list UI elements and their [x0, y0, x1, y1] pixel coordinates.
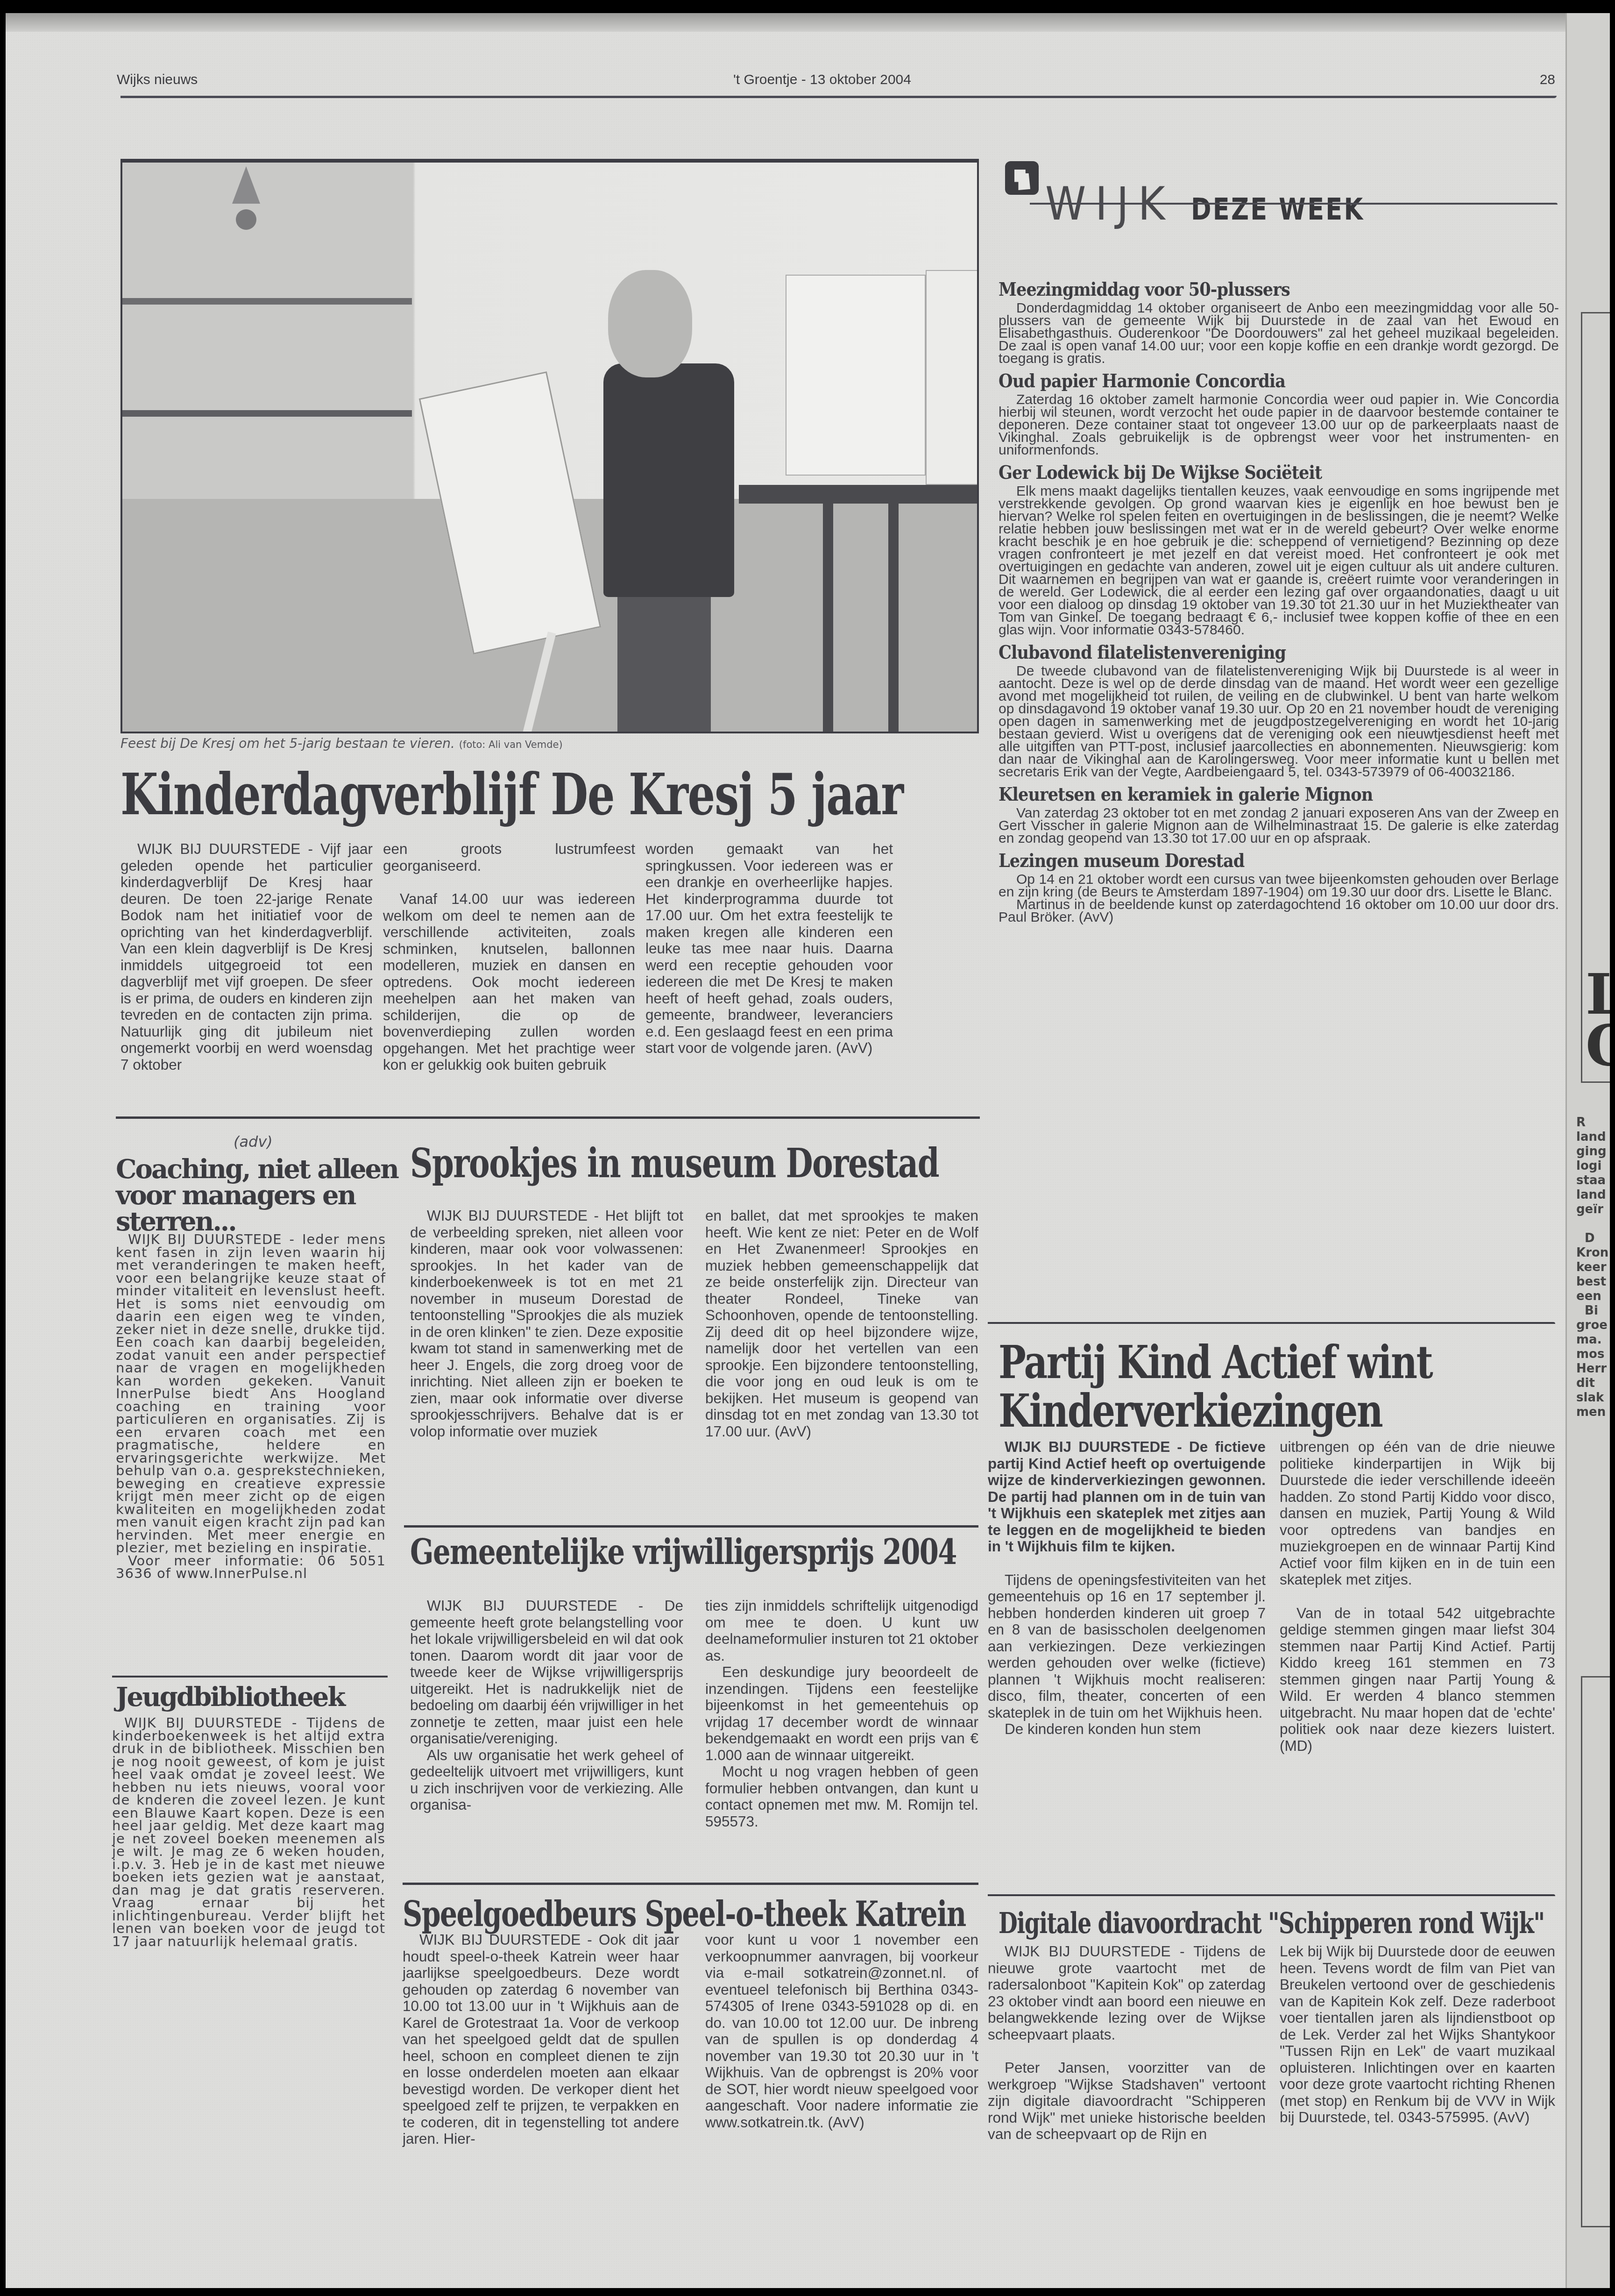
paragraph: ties zijn inmiddels schriftelijk uitgeno…: [705, 1598, 978, 1664]
item-headline: Clubavond filatelistenvereniging: [999, 642, 1503, 663]
article-divider: [403, 1883, 978, 1885]
child-figure-body: [603, 363, 734, 597]
adjacent-headline-letter: O: [1586, 1013, 1610, 1079]
contact-info: Voor meer informatie: 06 5051 3636 of ww…: [116, 1555, 386, 1580]
adjacent-page-box: [1581, 1676, 1610, 2227]
clown-face-icon: [236, 209, 256, 230]
paragraph: Mocht u nog vragen hebben of geen formul…: [705, 1763, 978, 1830]
article-divider: [112, 1676, 388, 1678]
publication-date: 't Groentje - 13 oktober 2004: [733, 72, 911, 88]
kresj-column-1: WIJK BIJ DUURSTEDE - Vijf jaar geleden o…: [120, 841, 373, 1073]
deze-week-item: Clubavond filatelistenvereniging De twee…: [999, 642, 1559, 778]
lead-paragraph: WIJK BIJ DUURSTEDE - De fictieve partij …: [988, 1439, 1266, 1555]
item-body: Elk mens maakt dagelijks tientallen keuz…: [999, 485, 1559, 636]
wall-stripe: [122, 298, 412, 305]
paragraph: een groots lustrumfeest georganiseerd.: [383, 841, 635, 874]
header-rule: [120, 96, 1557, 98]
table: [739, 485, 979, 504]
wall-stripe: [122, 410, 412, 417]
paragraph: voor kunt u voor 1 november een verkoopn…: [705, 1932, 978, 2131]
headline-line: Partij Kind Actief wint: [999, 1338, 1432, 1387]
deze-week-column: Meezingmiddag voor 50-plussers Donderdag…: [999, 273, 1559, 924]
page-fold-shadow: [6, 13, 1565, 32]
paragraph: WIJK BIJ DUURSTEDE - Tijdens de kinderbo…: [112, 1717, 385, 1948]
kresj-column-3: worden gemaakt van het springkussen. Voo…: [645, 841, 893, 1057]
newspaper-icon: [1005, 161, 1039, 195]
schipperen-column-2: Lek bij Wijk bij Duurstede door de eeuwe…: [1280, 1943, 1555, 2126]
item-body: Van zaterdag 23 oktober tot en met zonda…: [999, 807, 1559, 845]
column-title-deze-week: DEZE WEEK: [1191, 192, 1364, 227]
paragraph: Vanaf 14.00 uur was iedereen welkom om d…: [383, 891, 635, 1073]
headline-jeugdbibliotheek: Jeugdbibliotheek: [116, 1682, 344, 1713]
adjacent-page-edge: L O R land ging logi staa land geïr D Kr…: [1565, 13, 1610, 2288]
photo-credit: (foto: Ali van Vemde): [459, 739, 563, 750]
paragraph: en ballet, dat met sprookjes te maken he…: [705, 1208, 978, 1440]
paragraph: worden gemaakt van het springkussen. Voo…: [645, 841, 893, 1057]
photo-caption: Feest bij De Kresj om het 5-jarig bestaa…: [120, 736, 563, 751]
paragraph: WIJK BIJ DUURSTEDE - Tijdens de nieuwe g…: [988, 1943, 1266, 2043]
paragraph: Peter Jansen, voorzitter van de werkgroe…: [988, 2060, 1266, 2143]
adjacent-text-fragment: R land ging logi staa land geïr D Kron k…: [1576, 1116, 1608, 1420]
caption-text: Feest bij De Kresj om het 5-jarig bestaa…: [120, 736, 455, 751]
deze-week-item: Oud papier Harmonie Concordia Zaterdag 1…: [999, 370, 1559, 456]
column-title-rule: [1030, 203, 1558, 205]
partij-column-1: WIJK BIJ DUURSTEDE - De fictieve partij …: [988, 1439, 1266, 1738]
paragraph: WIJK BIJ DUURSTEDE - Ieder mens kent fas…: [116, 1233, 386, 1555]
paragraph: Lek bij Wijk bij Duurstede door de eeuwe…: [1280, 1943, 1555, 2126]
jeugdbibliotheek-body: WIJK BIJ DUURSTEDE - Tijdens de kinderbo…: [112, 1717, 385, 1948]
item-headline: Lezingen museum Dorestad: [999, 850, 1503, 872]
paragraph: WIJK BIJ DUURSTEDE - De gemeente heeft g…: [410, 1598, 683, 1747]
schipperen-column-1: WIJK BIJ DUURSTEDE - Tijdens de nieuwe g…: [988, 1943, 1266, 2143]
paragraph: WIJK BIJ DUURSTEDE - Het blijft tot de v…: [410, 1208, 683, 1440]
partij-column-2: uitbrengen op één van de drie nieuwe pol…: [1280, 1439, 1555, 1754]
page-number: 28: [1540, 72, 1555, 88]
headline-speelgoedbeurs: Speelgoedbeurs Speel-o-theek Katrein: [403, 1894, 966, 1934]
item-body: Donderdagmiddag 14 oktober organiseert d…: [999, 302, 1559, 365]
paragraph: WIJK BIJ DUURSTEDE - Ook dit jaar houdt …: [403, 1932, 679, 2147]
item-body: Martinus in de beeldende kunst op zaterd…: [999, 898, 1559, 924]
advertisement-label: (adv): [234, 1133, 273, 1151]
item-headline: Kleuretsen en keramiek in galerie Mignon: [999, 784, 1503, 805]
vrijwilligersprijs-column-1: WIJK BIJ DUURSTEDE - De gemeente heeft g…: [410, 1598, 683, 1813]
item-headline: Meezingmiddag voor 50-plussers: [999, 279, 1503, 300]
clown-decoration-icon: [232, 166, 260, 204]
paragraph: WIJK BIJ DUURSTEDE - Vijf jaar geleden o…: [120, 841, 373, 1073]
article-divider: [404, 1525, 978, 1528]
item-headline: Oud papier Harmonie Concordia: [999, 370, 1503, 392]
headline-vrijwilligersprijs: Gemeentelijke vrijwilligersprijs 2004: [410, 1532, 956, 1572]
section-name: Wijks nieuws: [117, 72, 198, 88]
paragraph: Als uw organisatie het werk geheel of ge…: [410, 1747, 683, 1813]
paragraph: Een deskundige jury beoordeelt de inzend…: [705, 1664, 978, 1763]
paragraph: Tijdens de openingsfestiviteiten van het…: [988, 1572, 1266, 1721]
kresj-column-2: een groots lustrumfeest georganiseerd. V…: [383, 841, 635, 1073]
article-photo: [120, 159, 979, 733]
speelgoedbeurs-column-2: voor kunt u voor 1 november een verkoopn…: [705, 1932, 978, 2131]
table-leg: [823, 504, 833, 733]
headline-line: Kinderverkiezingen: [999, 1387, 1432, 1436]
deze-week-item: Meezingmiddag voor 50-plussers Donderdag…: [999, 279, 1559, 365]
paragraph: De kinderen konden hun stem: [988, 1721, 1266, 1738]
item-body: Op 14 en 21 oktober wordt een cursus van…: [999, 873, 1559, 898]
headline-partij-kind-actief: Partij Kind Actief wint Kinderverkiezing…: [999, 1338, 1432, 1436]
headline-sprookjes: Sprookjes in museum Dorestad: [410, 1140, 939, 1187]
table-leg: [888, 504, 899, 733]
speelgoedbeurs-column-1: WIJK BIJ DUURSTEDE - Ook dit jaar houdt …: [403, 1932, 679, 2147]
child-drawing: [786, 275, 926, 476]
deze-week-item: Lezingen museum Dorestad Op 14 en 21 okt…: [999, 850, 1559, 924]
article-divider: [988, 1894, 1555, 1896]
running-head: Wijks nieuws 't Groentje - 13 oktober 20…: [117, 65, 1555, 93]
child-figure-head: [608, 270, 692, 377]
item-body: De tweede clubavond van de filatelistenv…: [999, 665, 1559, 778]
paragraph: uitbrengen op één van de drie nieuwe pol…: [1280, 1439, 1555, 1588]
paragraph: Van de in totaal 542 uitgebrachte geldig…: [1280, 1605, 1555, 1755]
deze-week-item: Kleuretsen en keramiek in galerie Mignon…: [999, 784, 1559, 845]
deze-week-item: Ger Lodewick bij De Wijkse Sociëteit Elk…: [999, 462, 1559, 636]
headline-kresj: Kinderdagverblijf De Kresj 5 jaar: [120, 761, 903, 828]
item-headline: Ger Lodewick bij De Wijkse Sociëteit: [999, 462, 1503, 483]
headline-schipperen: Digitale diavoordracht "Schipperen rond …: [999, 1906, 1544, 1940]
item-body: Zaterdag 16 oktober zamelt harmonie Conc…: [999, 393, 1559, 456]
child-drawing: [926, 270, 979, 485]
article-divider: [116, 1116, 980, 1119]
sprookjes-column-1: WIJK BIJ DUURSTEDE - Het blijft tot de v…: [410, 1208, 683, 1440]
coaching-body: WIJK BIJ DUURSTEDE - Ieder mens kent fas…: [116, 1233, 386, 1580]
child-figure-legs: [617, 597, 711, 733]
vrijwilligersprijs-column-2: ties zijn inmiddels schriftelijk uitgeno…: [705, 1598, 978, 1830]
sprookjes-column-2: en ballet, dat met sprookjes te maken he…: [705, 1208, 978, 1440]
headline-coaching: Coaching, niet alleen voor managers en s…: [116, 1156, 405, 1235]
paper-sheet-icon: [1014, 170, 1030, 190]
article-divider: [988, 1322, 1555, 1324]
